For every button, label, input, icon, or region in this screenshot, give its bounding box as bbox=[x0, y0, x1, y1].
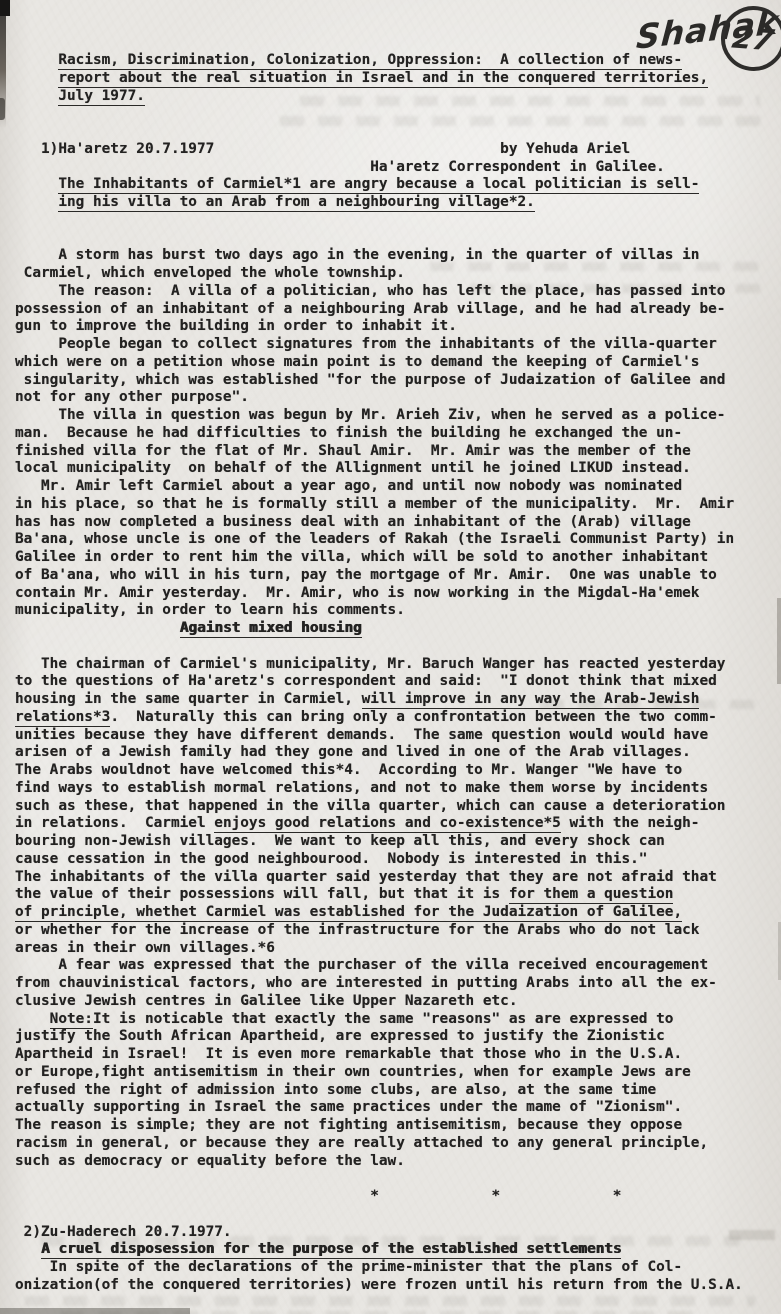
underlined-text-segment: A cruel disposession for the purpose of … bbox=[41, 1241, 621, 1259]
text-segment: which were on a petition whose main poin… bbox=[15, 354, 699, 370]
text-line: of Ba'ana, who will in his turn, pay the… bbox=[15, 567, 775, 585]
text-segment: not for any other purpose". bbox=[15, 389, 249, 405]
text-line: of principle, whethet Carmiel was establ… bbox=[15, 904, 775, 922]
scan-edge-mark bbox=[0, 98, 5, 120]
blank-line bbox=[15, 1206, 775, 1224]
text-line: The reason: A villa of a politician, who… bbox=[15, 283, 775, 301]
text-line: from chauvinistical factors, who are int… bbox=[15, 975, 775, 993]
text-segment: The reason is simple; they are not fight… bbox=[15, 1117, 682, 1133]
text-segment: municipality, in order to learn his comm… bbox=[15, 602, 405, 618]
text-line: such as these, that happened in the vill… bbox=[15, 798, 775, 816]
text-segment bbox=[15, 620, 180, 636]
text-segment: The chairman of Carmiel's municipality, … bbox=[15, 656, 725, 672]
underlined-text-segment: relations*3 bbox=[15, 709, 110, 727]
text-line: justify the South African Apartheid, are… bbox=[15, 1028, 775, 1046]
text-segment: finished villa for the flat of Mr. Shaul… bbox=[15, 443, 691, 459]
underlined-text-segment: The Inhabitants of Carmiel*1 are angry b… bbox=[58, 176, 699, 194]
text-line: The Inhabitants of Carmiel*1 are angry b… bbox=[15, 176, 775, 194]
underlined-text-segment: Racism, Discrimination, Colonization, Op… bbox=[58, 52, 682, 70]
underlined-text-segment: July 1977. bbox=[58, 88, 145, 106]
underlined-text-segment: for them a question bbox=[509, 886, 674, 904]
text-segment: The inhabitants of the villa quarter sai… bbox=[15, 869, 717, 885]
text-segment: Mr. Amir left Carmiel about a year ago, … bbox=[15, 478, 682, 494]
text-segment bbox=[15, 176, 58, 192]
text-segment bbox=[15, 52, 58, 68]
text-line: Carmiel, which enveloped the whole towns… bbox=[15, 265, 775, 283]
text-segment: A storm has burst two days ago in the ev… bbox=[15, 247, 699, 263]
text-line: A storm has burst two days ago in the ev… bbox=[15, 247, 775, 265]
text-line: actually supporting in Israel the same p… bbox=[15, 1099, 775, 1117]
blank-line bbox=[15, 212, 775, 230]
text-line: In spite of the declarations of the prim… bbox=[15, 1259, 775, 1277]
typewritten-document: Racism, Discrimination, Colonization, Op… bbox=[15, 52, 775, 1295]
text-line: Note:It is noticable that exactly the sa… bbox=[15, 1011, 775, 1029]
blank-line bbox=[15, 105, 775, 123]
text-line: A cruel disposession for the purpose of … bbox=[15, 1241, 775, 1259]
text-segment: * * * bbox=[15, 1188, 621, 1204]
text-segment: in his place, so that he is formally sti… bbox=[15, 496, 734, 512]
text-line: such as democracy or equality before the… bbox=[15, 1153, 775, 1171]
bleed-through-artifact bbox=[25, 1296, 755, 1306]
text-line: People began to collect signatures from … bbox=[15, 336, 775, 354]
text-segment bbox=[15, 1011, 50, 1027]
text-segment: the value of their possessions will fall… bbox=[15, 886, 509, 902]
text-line: 2)Zu-Haderech 20.7.1977. bbox=[15, 1224, 775, 1242]
text-line: man. Because he had difficulties to fini… bbox=[15, 425, 775, 443]
text-segment bbox=[15, 70, 58, 86]
text-line: The villa in question was begun by Mr. A… bbox=[15, 407, 775, 425]
text-line: local municipality on behalf of the Alli… bbox=[15, 460, 775, 478]
text-line: find ways to establish mormal relations,… bbox=[15, 780, 775, 798]
text-segment: or whether for the increase of the infra… bbox=[15, 922, 699, 938]
text-segment: . Naturally this can bring only a confro… bbox=[110, 709, 716, 725]
text-segment: areas in their own villages.*6 bbox=[15, 940, 275, 956]
text-segment: Carmiel, which enveloped the whole towns… bbox=[15, 265, 405, 281]
text-line: Racism, Discrimination, Colonization, Op… bbox=[15, 52, 775, 70]
underlined-text-segment: Note: bbox=[50, 1011, 93, 1029]
scan-corner-mark bbox=[0, 0, 10, 16]
text-line: or Europe,fight antisemitism in their ow… bbox=[15, 1064, 775, 1082]
text-line: ing his villa to an Arab from a neighbou… bbox=[15, 194, 775, 212]
text-line: to the questions of Ha'aretz's correspon… bbox=[15, 673, 775, 691]
underlined-text-segment: ing his villa to an Arab from a neighbou… bbox=[58, 194, 535, 212]
underlined-text-segment: Against mixed housing bbox=[180, 620, 362, 638]
text-line: The inhabitants of the villa quarter sai… bbox=[15, 869, 775, 887]
text-segment: to the questions of Ha'aretz's correspon… bbox=[15, 673, 717, 689]
text-segment: Ba'ana, whose uncle is one of the leader… bbox=[15, 531, 734, 547]
underlined-text-segment: report about the real situation in Israe… bbox=[58, 70, 708, 88]
text-line: racism in general, or because they are r… bbox=[15, 1135, 775, 1153]
text-line: relations*3. Naturally this can bring on… bbox=[15, 709, 775, 727]
text-segment: man. Because he had difficulties to fini… bbox=[15, 425, 682, 441]
text-segment: possession of an inhabitant of a neighbo… bbox=[15, 301, 725, 317]
text-line: bouring non-Jewish villages. We want to … bbox=[15, 833, 775, 851]
text-line: 1)Ha'aretz 20.7.1977 by Yehuda Ariel bbox=[15, 141, 775, 159]
text-segment: 2)Zu-Haderech 20.7.1977. bbox=[15, 1224, 232, 1240]
text-line: in relations. Carmiel enjoys good relati… bbox=[15, 815, 775, 833]
text-segment: Galilee in order to rent him the villa, … bbox=[15, 549, 708, 565]
text-segment: The villa in question was begun by Mr. A… bbox=[15, 407, 725, 423]
text-line: in his place, so that he is formally sti… bbox=[15, 496, 775, 514]
text-segment: People began to collect signatures from … bbox=[15, 336, 717, 352]
text-line: The reason is simple; they are not fight… bbox=[15, 1117, 775, 1135]
text-line: areas in their own villages.*6 bbox=[15, 940, 775, 958]
text-line: arisen of a Jewish family had they gone … bbox=[15, 744, 775, 762]
text-segment: justify the South African Apartheid, are… bbox=[15, 1028, 665, 1044]
text-line: July 1977. bbox=[15, 88, 775, 106]
text-segment: gun to improve the building in order to … bbox=[15, 318, 457, 334]
text-line: Against mixed housing bbox=[15, 620, 775, 638]
text-line: the value of their possessions will fall… bbox=[15, 886, 775, 904]
text-segment: contain Mr. Amir yesterday. Mr. Amir, wh… bbox=[15, 585, 699, 601]
text-line: unities because they have different dema… bbox=[15, 727, 775, 745]
text-line: which were on a petition whose main poin… bbox=[15, 354, 775, 372]
paper-sheet: Shahak 27 Racism, Discrimination, Coloni… bbox=[0, 0, 781, 1314]
text-segment: has has now completed a business deal wi… bbox=[15, 514, 691, 530]
text-segment: with the neigh- bbox=[561, 815, 700, 831]
underlined-text-segment: will improve in any way the Arab-Jewish bbox=[362, 691, 700, 709]
text-line: report about the real situation in Israe… bbox=[15, 70, 775, 88]
text-segment: refused the right of admission into some… bbox=[15, 1082, 656, 1098]
underlined-text-segment: of principle, whethet Carmiel was establ… bbox=[15, 904, 682, 922]
underlined-text-segment: enjoys good relations and co-existence*5 bbox=[214, 815, 561, 833]
text-line: Mr. Amir left Carmiel about a year ago, … bbox=[15, 478, 775, 496]
text-line: clusive Jewish centres in Galilee like U… bbox=[15, 993, 775, 1011]
text-segment: or Europe,fight antisemitism in their ow… bbox=[15, 1064, 691, 1080]
scan-edge-artifact bbox=[777, 598, 781, 684]
text-line: contain Mr. Amir yesterday. Mr. Amir, wh… bbox=[15, 585, 775, 603]
blank-line bbox=[15, 123, 775, 141]
text-segment bbox=[15, 88, 58, 104]
text-segment: onization(of the conquered territories) … bbox=[15, 1277, 743, 1293]
text-segment: in relations. Carmiel bbox=[15, 815, 214, 831]
text-segment: from chauvinistical factors, who are int… bbox=[15, 975, 717, 991]
text-line: housing in the same quarter in Carmiel, … bbox=[15, 691, 775, 709]
text-segment: clusive Jewish centres in Galilee like U… bbox=[15, 993, 518, 1009]
text-line: Apartheid in Israel! It is even more rem… bbox=[15, 1046, 775, 1064]
text-line: has has now completed a business deal wi… bbox=[15, 514, 775, 532]
text-segment: The Arabs wouldnot have welcomed this*4.… bbox=[15, 762, 682, 778]
text-segment: Ha'aretz Correspondent in Galilee. bbox=[15, 159, 665, 175]
text-segment: such as these, that happened in the vill… bbox=[15, 798, 725, 814]
text-segment: The reason: A villa of a politician, who… bbox=[15, 283, 725, 299]
text-segment: of Ba'ana, who will in his turn, pay the… bbox=[15, 567, 717, 583]
text-segment: unities because they have different dema… bbox=[15, 727, 708, 743]
text-line: onization(of the conquered territories) … bbox=[15, 1277, 775, 1295]
text-line: Galilee in order to rent him the villa, … bbox=[15, 549, 775, 567]
text-segment: housing in the same quarter in Carmiel, bbox=[15, 691, 362, 707]
text-line: singularity, which was established "for … bbox=[15, 372, 775, 390]
text-line: refused the right of admission into some… bbox=[15, 1082, 775, 1100]
text-segment: actually supporting in Israel the same p… bbox=[15, 1099, 682, 1115]
text-line: or whether for the increase of the infra… bbox=[15, 922, 775, 940]
text-segment: In spite of the declarations of the prim… bbox=[15, 1259, 682, 1275]
text-line: A fear was expressed that the purchaser … bbox=[15, 957, 775, 975]
blank-line bbox=[15, 638, 775, 656]
text-segment: find ways to establish mormal relations,… bbox=[15, 780, 708, 796]
blank-line bbox=[15, 230, 775, 248]
text-segment bbox=[15, 194, 58, 210]
text-segment: cause cessation in the good neighbourood… bbox=[15, 851, 647, 867]
text-segment: A fear was expressed that the purchaser … bbox=[15, 957, 708, 973]
text-segment: such as democracy or equality before the… bbox=[15, 1153, 405, 1169]
text-line: finished villa for the flat of Mr. Shaul… bbox=[15, 443, 775, 461]
text-segment: singularity, which was established "for … bbox=[15, 372, 725, 388]
text-line: * * * bbox=[15, 1188, 775, 1206]
text-segment: arisen of a Jewish family had they gone … bbox=[15, 744, 691, 760]
text-segment: bouring non-Jewish villages. We want to … bbox=[15, 833, 665, 849]
blank-line bbox=[15, 1170, 775, 1188]
text-line: The chairman of Carmiel's municipality, … bbox=[15, 656, 775, 674]
text-segment: Apartheid in Israel! It is even more rem… bbox=[15, 1046, 682, 1062]
text-line: The Arabs wouldnot have welcomed this*4.… bbox=[15, 762, 775, 780]
text-segment: local municipality on behalf of the Alli… bbox=[15, 460, 691, 476]
text-line: cause cessation in the good neighbourood… bbox=[15, 851, 775, 869]
text-segment: It is noticable that exactly the same "r… bbox=[93, 1011, 673, 1027]
scan-edge-artifact bbox=[0, 1308, 190, 1314]
text-segment bbox=[15, 1241, 41, 1257]
text-line: possession of an inhabitant of a neighbo… bbox=[15, 301, 775, 319]
scanned-document-page: { "annotations": { "handwritten_name": "… bbox=[0, 0, 781, 1314]
text-segment: 1)Ha'aretz 20.7.1977 by Yehuda Ariel bbox=[15, 141, 630, 157]
text-line: not for any other purpose". bbox=[15, 389, 775, 407]
text-line: gun to improve the building in order to … bbox=[15, 318, 775, 336]
text-segment: racism in general, or because they are r… bbox=[15, 1135, 708, 1151]
text-line: Ha'aretz Correspondent in Galilee. bbox=[15, 159, 775, 177]
text-line: Ba'ana, whose uncle is one of the leader… bbox=[15, 531, 775, 549]
text-line: municipality, in order to learn his comm… bbox=[15, 602, 775, 620]
